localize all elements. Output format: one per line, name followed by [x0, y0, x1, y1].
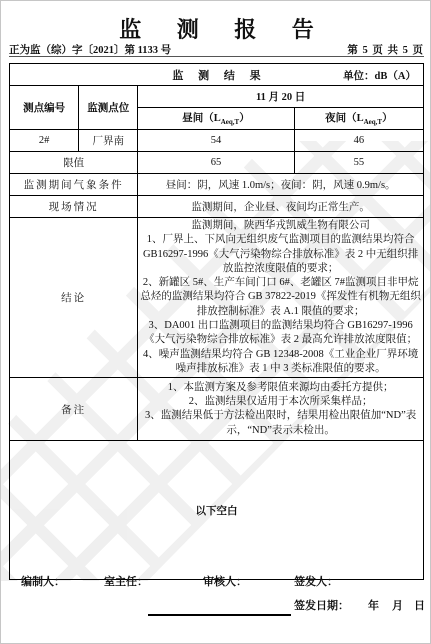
- blank-row: 以下空白: [10, 441, 424, 580]
- day-header-close: ）: [239, 113, 250, 124]
- night-header-subscript: Aeq,T: [364, 119, 382, 127]
- date-day-label: 日: [414, 597, 425, 613]
- doc-number: 正为监（综）字〔2021〕第 1133 号: [9, 42, 171, 57]
- day-header-text: 昼间（L: [182, 113, 221, 124]
- conclusion-line: 4、噪声监测结果均符合 GB 12348-2008《工业企业厂界环境噪声排放标准…: [140, 348, 421, 377]
- page-number: 第 5 页 共 5 页: [347, 42, 424, 57]
- weather-value: 昼间：阴，风速 1.0m/s；夜间：阴，风速 0.9m/s。: [138, 174, 424, 196]
- table-row: 2# 厂界南 54 46: [10, 130, 424, 152]
- night-value-cell: 46: [294, 130, 423, 152]
- conclusion-line: 3、DA001 出口监测项目的监测结果均符合 GB16297-1996《大气污染…: [140, 319, 421, 348]
- blank-note: 以下空白: [10, 441, 424, 580]
- limit-night-cell: 55: [294, 152, 423, 174]
- day-header-subscript: Aeq,T: [221, 119, 239, 127]
- remarks-text: 1、本监测方案及参考限值来源均由委托方提供； 2、监测结果仅适用于本次所采集样品…: [138, 378, 424, 441]
- limit-label: 限值: [10, 152, 138, 174]
- room-director-label: 室主任：: [104, 573, 148, 589]
- limit-day-cell: 65: [138, 152, 294, 174]
- remarks-line: 1、本监测方案及参考限值来源均由委托方提供；: [140, 381, 421, 395]
- unit-label: 单位：dB（A）: [343, 68, 416, 83]
- point-location-cell: 厂界南: [79, 130, 138, 152]
- day-value-cell: 54: [138, 130, 294, 152]
- prepared-by-label: 编制人：: [21, 573, 65, 589]
- conclusion-line: 1、厂界上、下风向无组织废气监测项目的监测结果均符合 GB16297-1996《…: [140, 233, 421, 276]
- conclusion-text: 监测期间，陕西华戎凯威生物有限公司 1、厂界上、下风向无组织废气监测项目的监测结…: [138, 218, 424, 378]
- site-value: 监测期间，企业昼、夜间均正常生产。: [138, 196, 424, 218]
- issue-date-label: 签发日期：: [294, 597, 349, 613]
- table-title-cell: 监 测 结 果 单位：dB（A）: [10, 64, 424, 86]
- remarks-line: 2、监测结果仅适用于本次所采集样品；: [140, 395, 421, 409]
- site-row: 现场情况 监测期间，企业昼、夜间均正常生产。: [10, 196, 424, 218]
- page-title: 监 测 报 告: [1, 13, 431, 44]
- conclusion-line: 2、新罐区 5#、生产车间门口 6#、老罐区 7#监测项目非甲烷总烃的监测结果均…: [140, 276, 421, 319]
- night-column-header: 夜间（LAeq,T）: [294, 108, 423, 130]
- night-header-text: 夜间（L: [325, 113, 364, 124]
- signature-line: [148, 614, 291, 616]
- remarks-line: 3、监测结果低于方法检出限时，结果用检出限值加“ND”表示，“ND”表示未检出。: [140, 409, 421, 438]
- document-meta-row: 正为监（综）字〔2021〕第 1133 号 第 5 页 共 5 页: [9, 42, 424, 57]
- remarks-row: 备注 1、本监测方案及参考限值来源均由委托方提供； 2、监测结果仅适用于本次所采…: [10, 378, 424, 441]
- limit-row: 限值 65 55: [10, 152, 424, 174]
- header-rule: [9, 56, 424, 57]
- remarks-label: 备注: [10, 378, 138, 441]
- conclusion-label: 结论: [10, 218, 138, 378]
- date-year-label: 年: [368, 597, 379, 613]
- conclusion-row: 结论 监测期间，陕西华戎凯威生物有限公司 1、厂界上、下风向无组织废气监测项目的…: [10, 218, 424, 378]
- date-month-label: 月: [392, 597, 403, 613]
- report-page: 监 测 报 告 正为监（综）字〔2021〕第 1133 号 第 5 页 共 5 …: [0, 0, 431, 644]
- issuer-label: 签发人：: [294, 573, 338, 589]
- col-header-point-id: 测点编号: [10, 86, 79, 130]
- night-header-close: ）: [382, 113, 393, 124]
- date-header: 11 月 20 日: [138, 86, 424, 108]
- col-header-point-location: 监测点位: [79, 86, 138, 130]
- day-column-header: 昼间（LAeq,T）: [138, 108, 294, 130]
- site-label: 现场情况: [10, 196, 138, 218]
- results-table: 监 测 结 果 单位：dB（A） 测点编号 监测点位 11 月 20 日 昼间（…: [9, 63, 424, 580]
- conclusion-line: 监测期间，陕西华戎凯威生物有限公司: [140, 219, 421, 233]
- weather-row: 监测期间气象条件 昼间：阴，风速 1.0m/s；夜间：阴，风速 0.9m/s。: [10, 174, 424, 196]
- reviewer-label: 审核人：: [203, 573, 247, 589]
- point-id-cell: 2#: [10, 130, 79, 152]
- weather-label: 监测期间气象条件: [10, 174, 138, 196]
